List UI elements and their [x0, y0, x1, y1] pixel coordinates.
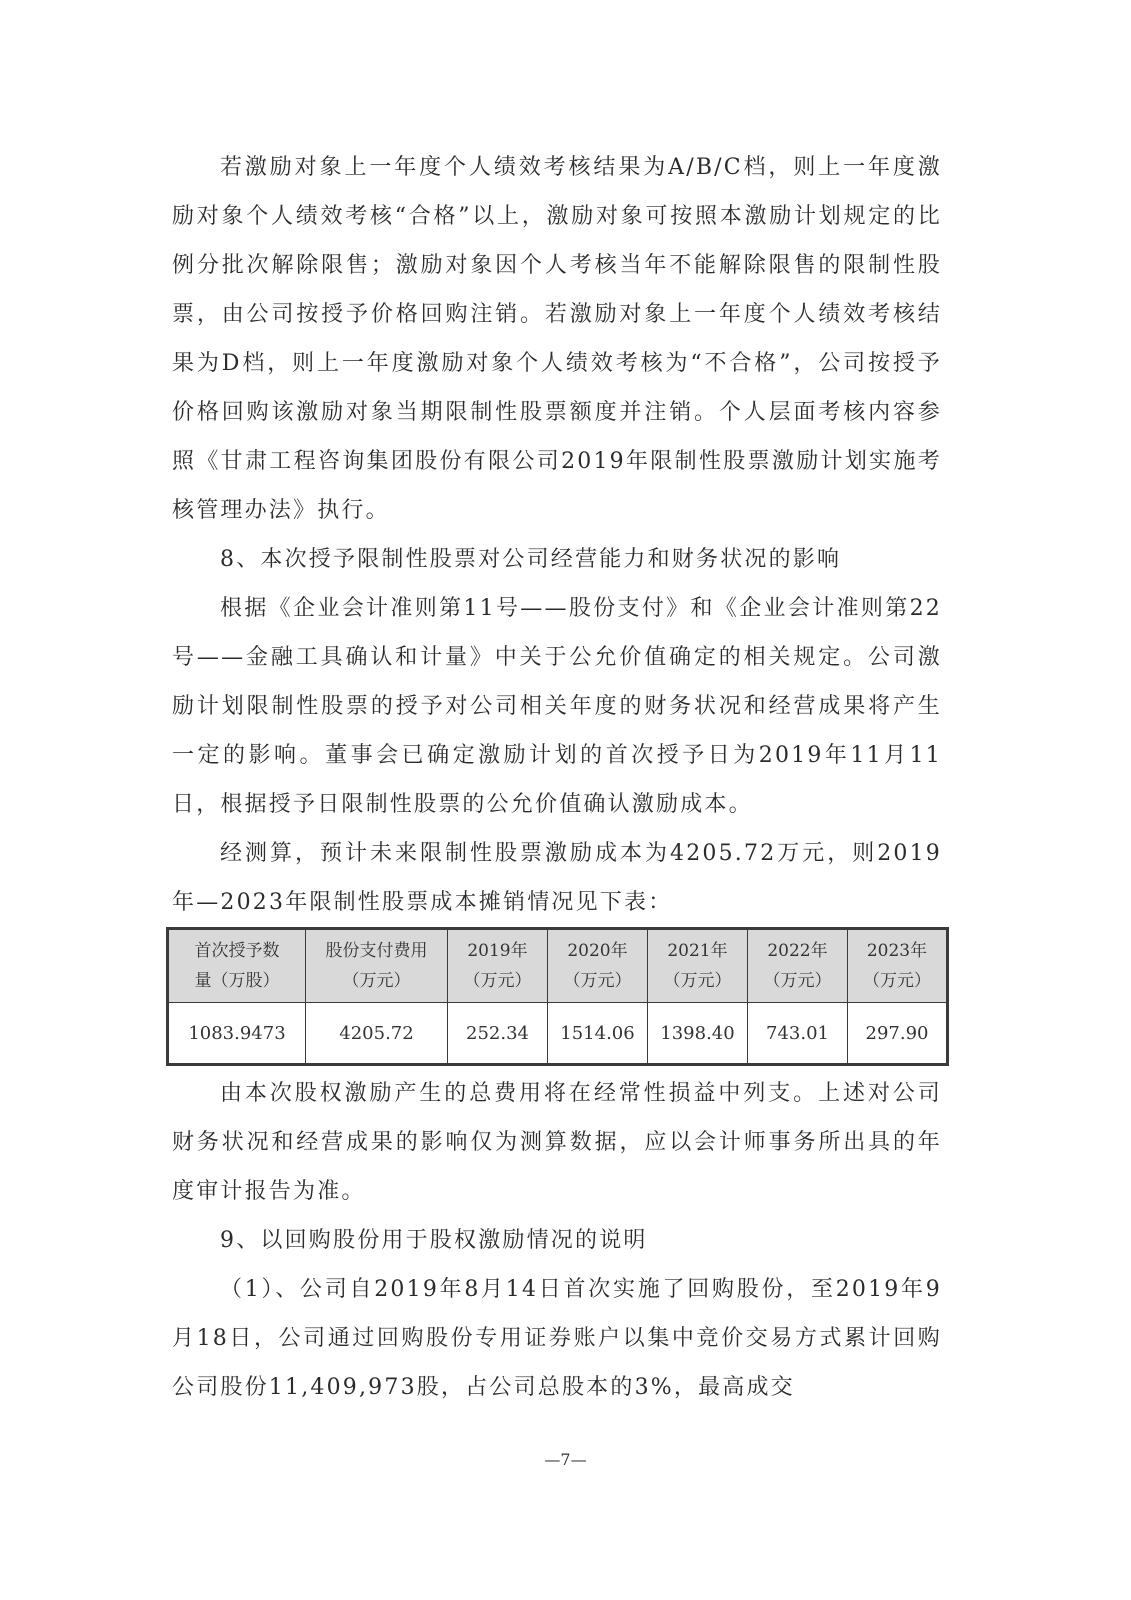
cell-2021: 1398.40	[648, 1003, 748, 1065]
table-row: 1083.9473 4205.72 252.34 1514.06 1398.40…	[168, 1003, 948, 1065]
paragraph-share-repurchase: （1）、公司自2019年8月14日首次实施了回购股份，至2019年9月18日，公…	[172, 1265, 942, 1412]
cell-2020: 1514.06	[548, 1003, 648, 1065]
section-heading-9: 9、以回购股份用于股权激励情况的说明	[172, 1216, 942, 1265]
page-number: —7—	[0, 1450, 1131, 1469]
cell-share-payment-cost: 4205.72	[306, 1003, 448, 1065]
header-2021: 2021年（万元）	[648, 929, 748, 1003]
table-header-row: 首次授予数量（万股） 股份支付费用（万元） 2019年（万元） 2020年（万元…	[168, 929, 948, 1003]
section-heading-8: 8、本次授予限制性股票对公司经营能力和财务状况的影响	[172, 535, 942, 584]
cost-amortization-table: 首次授予数量（万股） 股份支付费用（万元） 2019年（万元） 2020年（万元…	[166, 927, 949, 1066]
paragraph-cost-estimate: 经测算，预计未来限制性股票激励成本为4205.72万元，则2019年—2023年…	[172, 829, 942, 927]
header-2019: 2019年（万元）	[448, 929, 548, 1003]
header-2020: 2020年（万元）	[548, 929, 648, 1003]
document-page: 若激励对象上一年度个人绩效考核结果为A/B/C档，则上一年度激励对象个人绩效考核…	[0, 0, 1131, 1600]
cell-grant-quantity: 1083.9473	[168, 1003, 306, 1065]
header-share-payment-cost: 股份支付费用（万元）	[306, 929, 448, 1003]
header-2022: 2022年（万元）	[748, 929, 848, 1003]
paragraph-accounting-standards: 根据《企业会计准则第11号——股份支付》和《企业会计准则第22号——金融工具确认…	[172, 584, 942, 829]
cell-2019: 252.34	[448, 1003, 548, 1065]
paragraph-expense-note: 由本次股权激励产生的总费用将在经常性损益中列支。上述对公司财务状况和经营成果的影…	[172, 1069, 942, 1216]
cell-2023: 297.90	[848, 1003, 948, 1065]
cell-2022: 743.01	[748, 1003, 848, 1065]
header-grant-quantity: 首次授予数量（万股）	[168, 929, 306, 1003]
paragraph-performance-assessment: 若激励对象上一年度个人绩效考核结果为A/B/C档，则上一年度激励对象个人绩效考核…	[172, 143, 942, 535]
header-2023: 2023年（万元）	[848, 929, 948, 1003]
